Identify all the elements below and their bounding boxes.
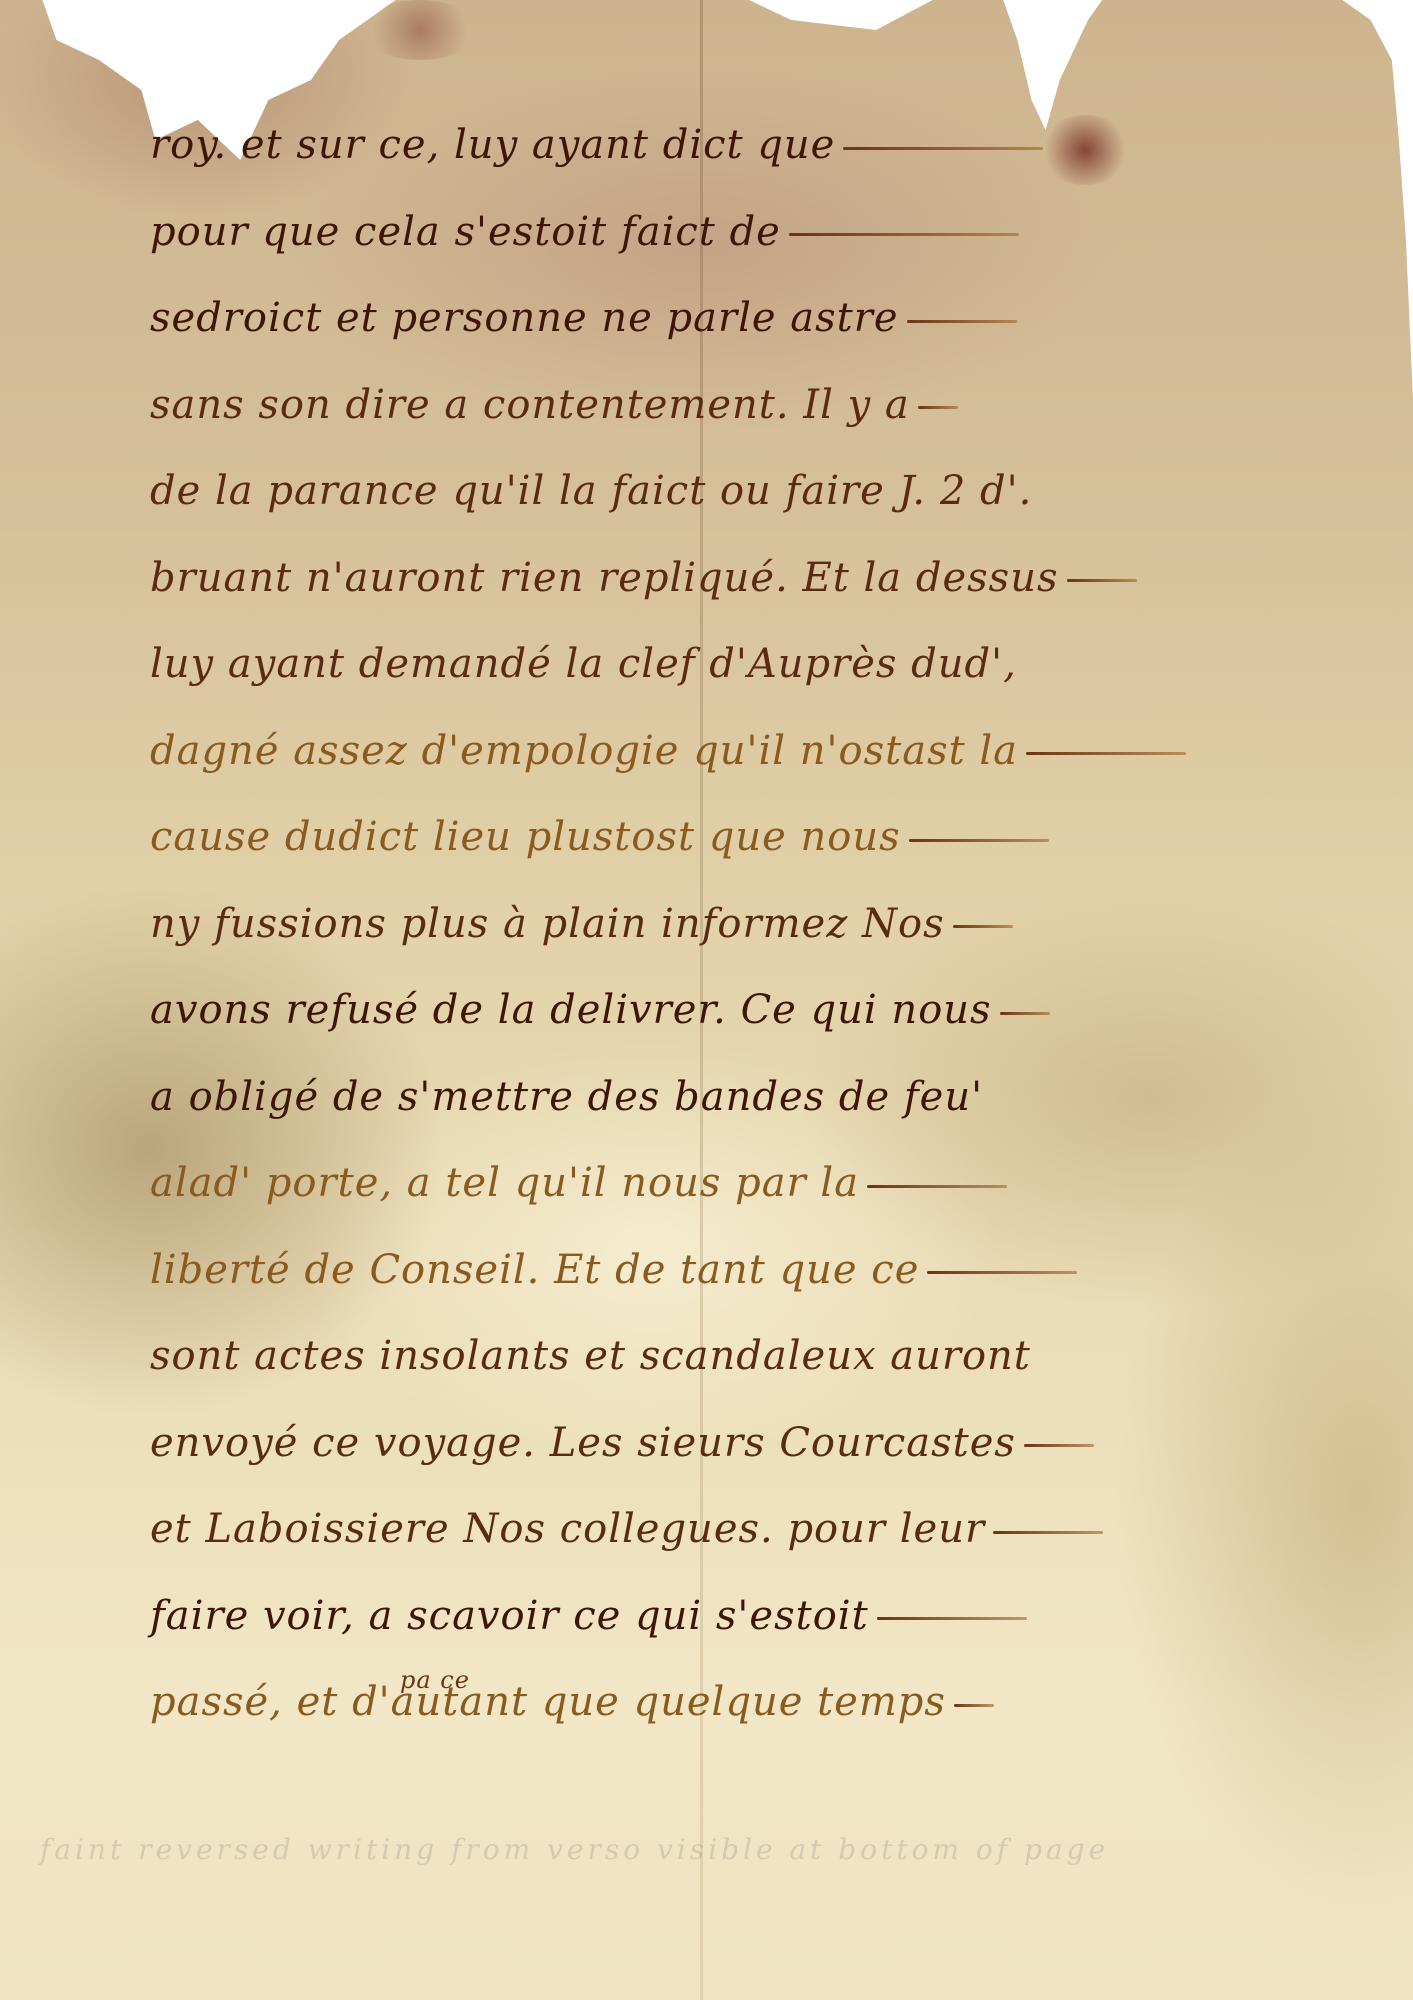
line-flourish [1024, 1444, 1094, 1447]
line-text: liberté de Conseil. Et de tant que ce [150, 1247, 919, 1293]
manuscript-line-16: envoyé ce voyage. Les sieurs Courcastes [150, 1413, 1380, 1500]
line-text: faire voir, a scavoir ce qui s'estoit [150, 1593, 869, 1639]
line-text: sans son dire a contentement. Il y a [150, 382, 910, 428]
line-text: pour que cela s'estoit faict de [150, 209, 781, 255]
manuscript-line-7: luy ayant demandé la clef d'Auprès dud', [150, 634, 1380, 721]
line-text: passé, et d'autant que quelque temps [150, 1679, 946, 1725]
line-flourish [927, 1271, 1077, 1274]
line-flourish [909, 839, 1049, 842]
manuscript-line-9: cause dudict lieu plustost que nous [150, 807, 1380, 894]
line-flourish [1000, 1012, 1050, 1015]
line-flourish [953, 925, 1013, 928]
line-text: sedroict et personne ne parle astre [150, 295, 899, 341]
line-text: a obligé de s'mettre des bandes de feu' [150, 1074, 983, 1120]
line-text: et Laboissiere Nos collegues. pour leur [150, 1506, 985, 1552]
manuscript-line-13: alad' porte, a tel qu'il nous par la [150, 1153, 1380, 1240]
line-flourish [907, 320, 1017, 323]
line-text: alad' porte, a tel qu'il nous par la [150, 1160, 859, 1206]
line-text: ny fussions plus à plain informez Nos [150, 901, 945, 947]
line-flourish [843, 147, 1043, 150]
line-flourish [993, 1531, 1103, 1534]
line-flourish [867, 1185, 1007, 1188]
manuscript-line-10: ny fussions plus à plain informez Nos [150, 894, 1380, 981]
line-flourish [1067, 579, 1137, 582]
red-stain [360, 0, 480, 60]
manuscript-line-15: sont actes insolants et scandaleux auron… [150, 1326, 1380, 1413]
manuscript-line-11: avons refusé de la delivrer. Ce qui nous [150, 980, 1380, 1067]
line-flourish [918, 406, 958, 409]
line-text: cause dudict lieu plustost que nous [150, 814, 901, 860]
manuscript-line-6: bruant n'auront rien repliqué. Et la des… [150, 548, 1380, 635]
manuscript-line-14: liberté de Conseil. Et de tant que ce [150, 1240, 1380, 1327]
interlinear-insertion: pa ce [400, 1650, 470, 1710]
manuscript-line-5: de la parance qu'il la faict ou faire J.… [150, 461, 1380, 548]
manuscript-line-19: pa ce passé, et d'autant que quelque tem… [150, 1672, 1380, 1759]
line-text: roy. et sur ce, luy ayant dict que [150, 122, 835, 168]
manuscript-text: roy. et sur ce, luy ayant dict que pour … [150, 115, 1380, 1759]
manuscript-line-3: sedroict et personne ne parle astre [150, 288, 1380, 375]
line-text: bruant n'auront rien repliqué. Et la des… [150, 555, 1059, 601]
manuscript-line-8: dagné assez d'empologie qu'il n'ostast l… [150, 721, 1380, 808]
manuscript-line-12: a obligé de s'mettre des bandes de feu' [150, 1067, 1380, 1154]
line-text: luy ayant demandé la clef d'Auprès dud', [150, 641, 1017, 687]
line-flourish [789, 233, 1019, 236]
manuscript-line-2: pour que cela s'estoit faict de [150, 202, 1380, 289]
manuscript-line-18: faire voir, a scavoir ce qui s'estoit [150, 1586, 1380, 1673]
manuscript-line-17: et Laboissiere Nos collegues. pour leur [150, 1499, 1380, 1586]
manuscript-line-1: roy. et sur ce, luy ayant dict que [150, 115, 1380, 202]
line-flourish [954, 1704, 994, 1707]
line-flourish [877, 1617, 1027, 1620]
bleed-through-text: faint reversed writing from verso visibl… [40, 1820, 1340, 1990]
line-text: envoyé ce voyage. Les sieurs Courcastes [150, 1420, 1016, 1466]
line-text: de la parance qu'il la faict ou faire J.… [150, 468, 1032, 514]
line-text: avons refusé de la delivrer. Ce qui nous [150, 987, 992, 1033]
line-flourish [1026, 752, 1186, 755]
line-text: dagné assez d'empologie qu'il n'ostast l… [150, 728, 1018, 774]
manuscript-line-4: sans son dire a contentement. Il y a [150, 375, 1380, 462]
line-text: sont actes insolants et scandaleux auron… [150, 1333, 1031, 1379]
